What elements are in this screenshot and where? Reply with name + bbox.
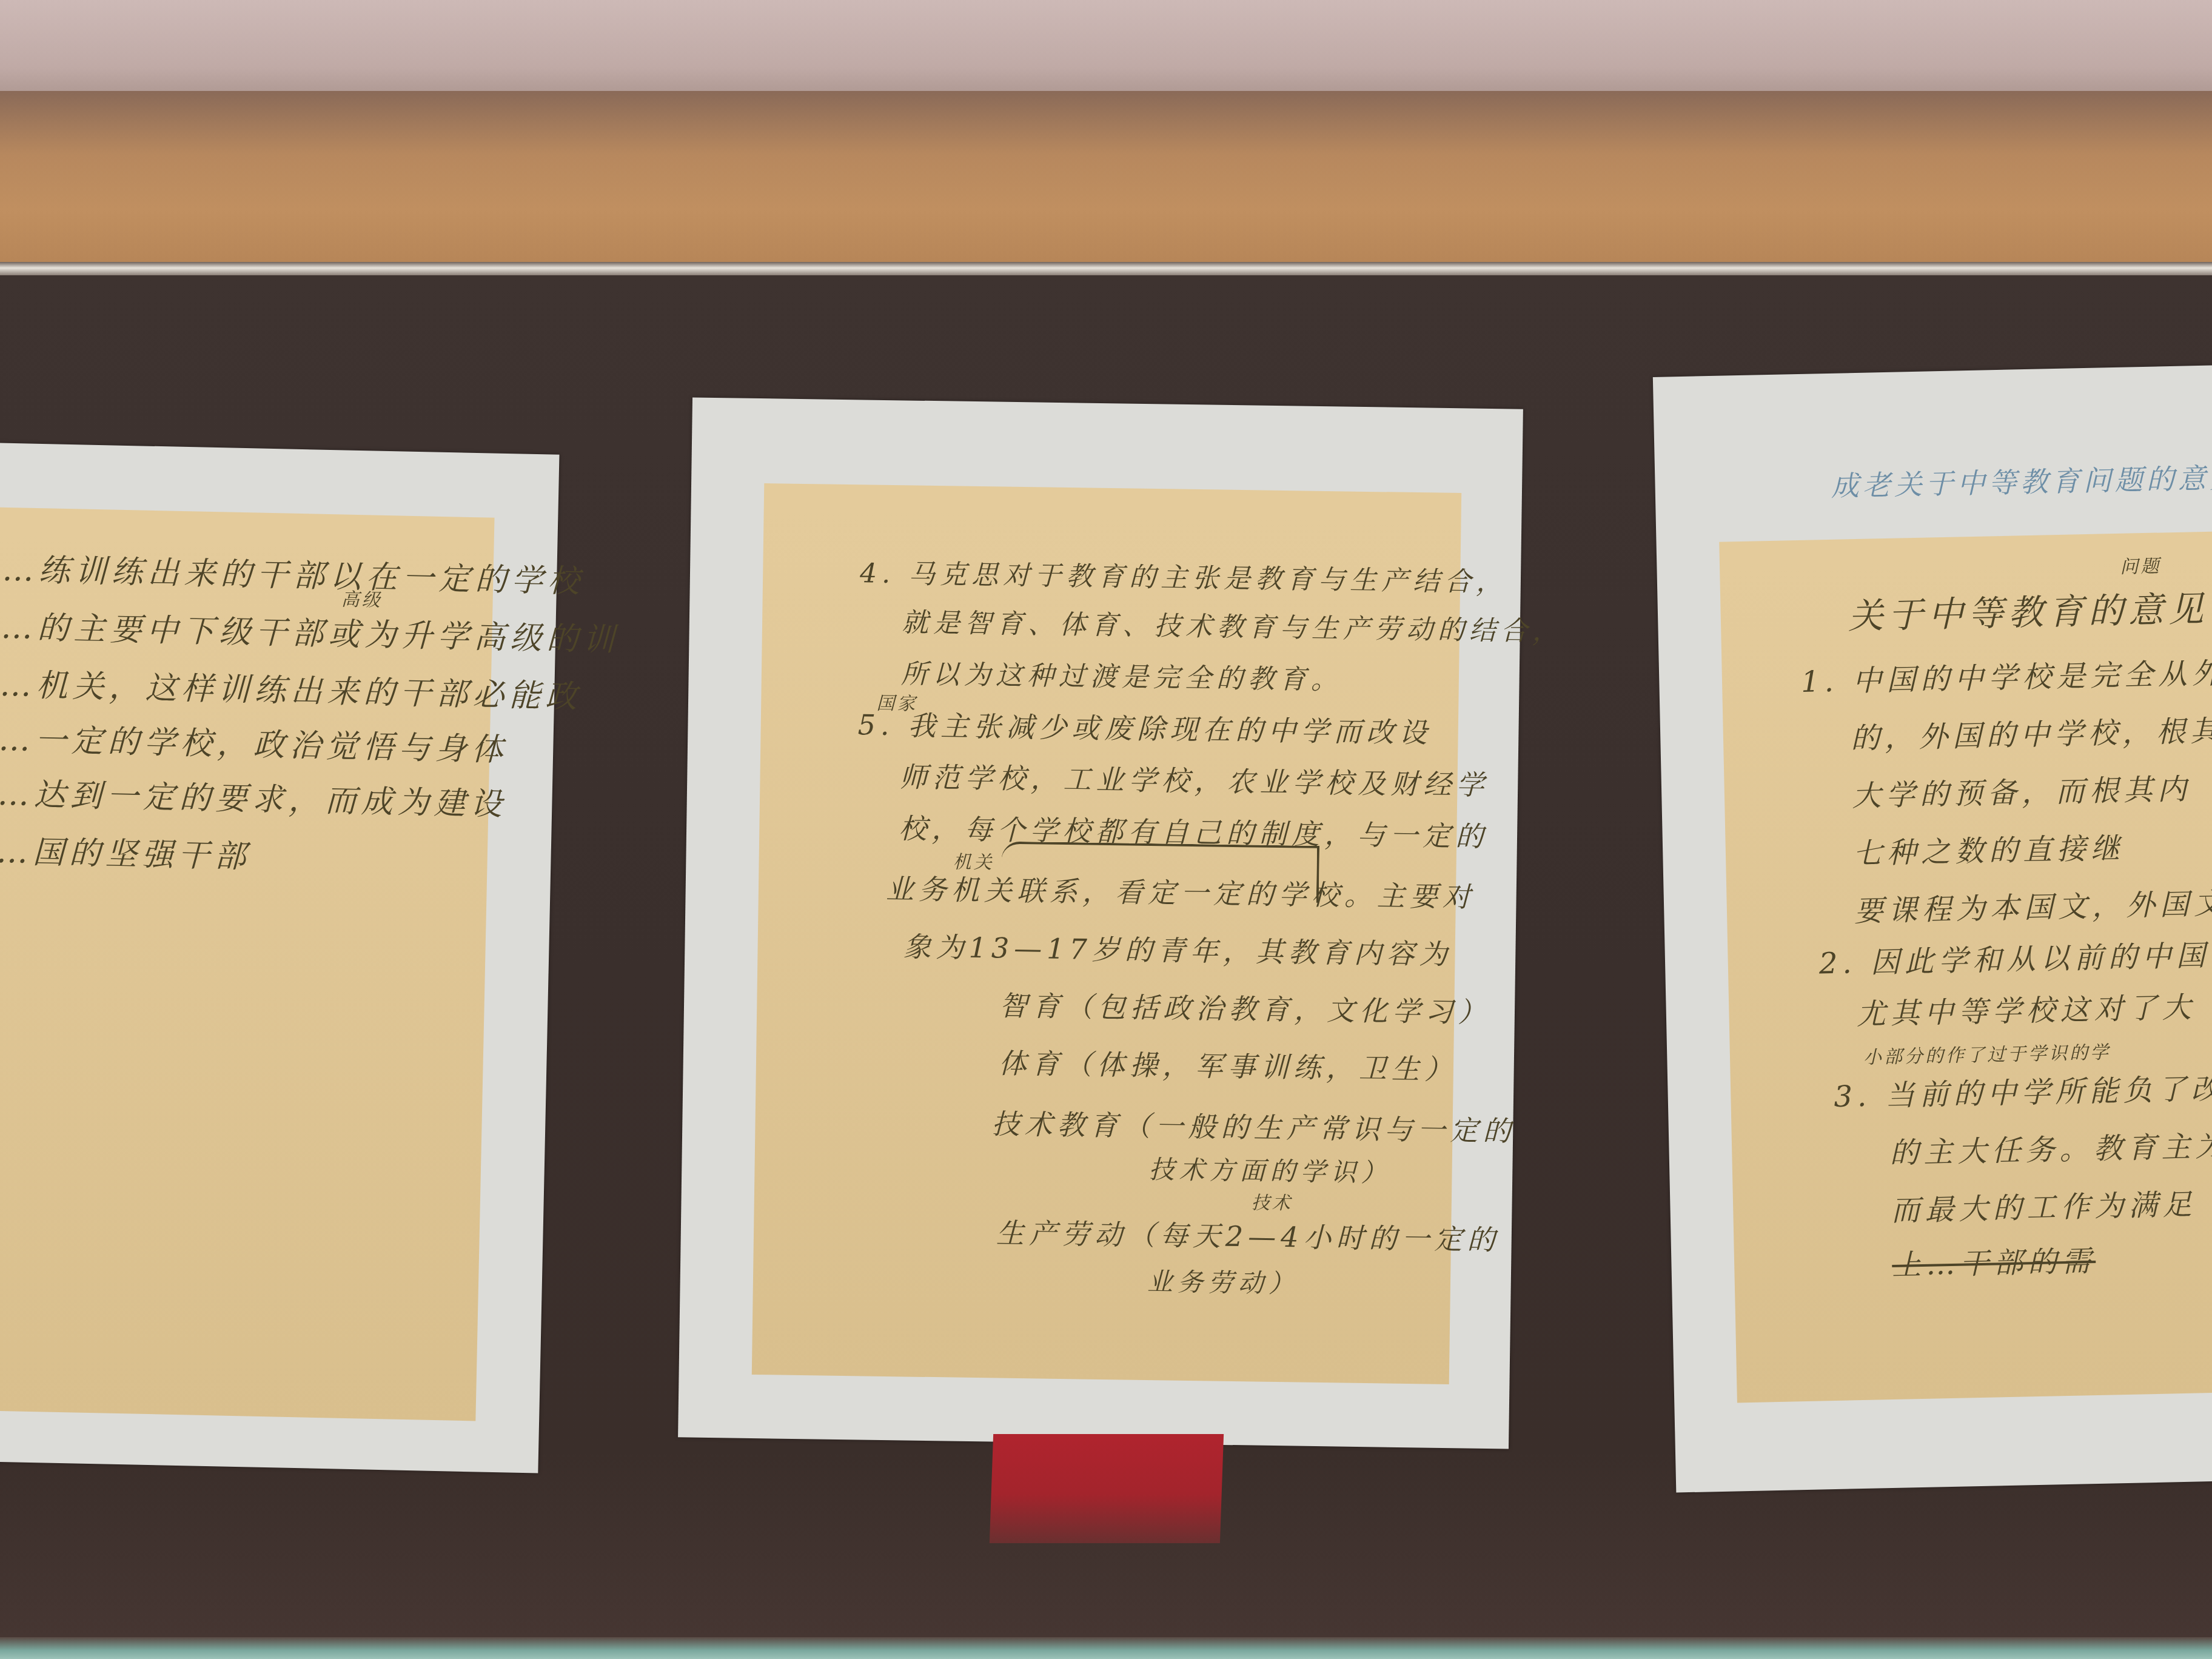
left-annotation: 高级 <box>341 584 383 611</box>
center-line-12: 技术方面的学识） <box>1148 1150 1392 1190</box>
right-line-3: 大学的预备，而根其内 <box>1851 766 2191 815</box>
right-line-10: 的主大任务。教育主为 <box>1889 1122 2212 1171</box>
left-document-paper: …练训练出来的干部以在一定的学校 高级 …的主要中下级干部或为升学高级的训 …机… <box>0 508 495 1421</box>
center-line-9: 智育（包括政治教育，文化学习） <box>999 984 1491 1031</box>
left-line-5: …达到一定的要求，而成为建设 <box>0 768 508 825</box>
center-line-5: 师范学校，工业学校，农业学校及财经学 <box>899 755 1489 803</box>
right-line-8: 小部分的作了过于学识的学 <box>1863 1037 2111 1069</box>
display-case-rail <box>0 262 2212 275</box>
center-line-7: 业务机关联系，看定一定的学校。主要对 <box>886 867 1476 916</box>
display-case-bottom-edge <box>0 1637 2212 1659</box>
right-line-4: 七种之数的直接继 <box>1852 825 2125 872</box>
right-line-11: 而最大的工作为满足 <box>1891 1181 2197 1230</box>
right-header-note: 成老关于中等教育问题的意见 <box>1831 456 2212 504</box>
right-line-12: 上…干部的需 <box>1891 1238 2096 1284</box>
center-line-14: 业务劳动） <box>1147 1262 1299 1300</box>
center-line-1: 4. 马克思对于教育的主张是教育与生产结合， <box>860 551 1508 599</box>
right-line-6: 2. 因此学和从以前的中国 <box>1818 932 2210 982</box>
center-line-3: 所以为这种过渡是完全的教育。 <box>901 652 1343 697</box>
right-line-1: 1. 中国的中学校是完全从外 <box>1800 649 2212 700</box>
right-title: 关于中等教育的意见 <box>1848 580 2209 638</box>
center-line-8: 象为13—17岁的青年，其教育内容为 <box>903 925 1452 973</box>
right-line-9: 3. 当前的中学所能负了改造 <box>1834 1064 2212 1115</box>
right-line-2: 的，外国的中学校，根其 <box>1850 707 2212 757</box>
right-document-paper: 问题 关于中等教育的意见 1. 中国的中学校是完全从外 的，外国的中学校，根其 … <box>1719 532 2212 1403</box>
wooden-wall <box>0 91 2212 273</box>
red-label-tag <box>990 1434 1224 1543</box>
right-line-5: 要课程为本国文，外国文， <box>1854 879 2212 930</box>
center-line-4: 5. 我主张减少或废除现在的中学而改设 <box>857 703 1432 751</box>
center-annotation-jishu: 技术 <box>1252 1187 1293 1215</box>
left-line-4: …一定的学校，政治觉悟与身体 <box>0 714 508 770</box>
center-line-10: 体育（体操，军事训练，卫生） <box>999 1042 1458 1088</box>
center-document-paper: 4. 马克思对于教育的主张是教育与生产结合， 就是智育、体育、技术教育与生产劳动… <box>752 483 1461 1384</box>
center-line-13: 生产劳动（每天2—4小时的一定的 <box>996 1212 1500 1259</box>
center-line-11: 技术教育（一般的生产常识与一定的 <box>991 1102 1516 1149</box>
left-line-6: …国的坚强干部 <box>0 826 252 877</box>
right-line-7: 尤其中等学校这对了大 <box>1856 984 2196 1033</box>
right-title-annotation: 问题 <box>2120 551 2162 578</box>
